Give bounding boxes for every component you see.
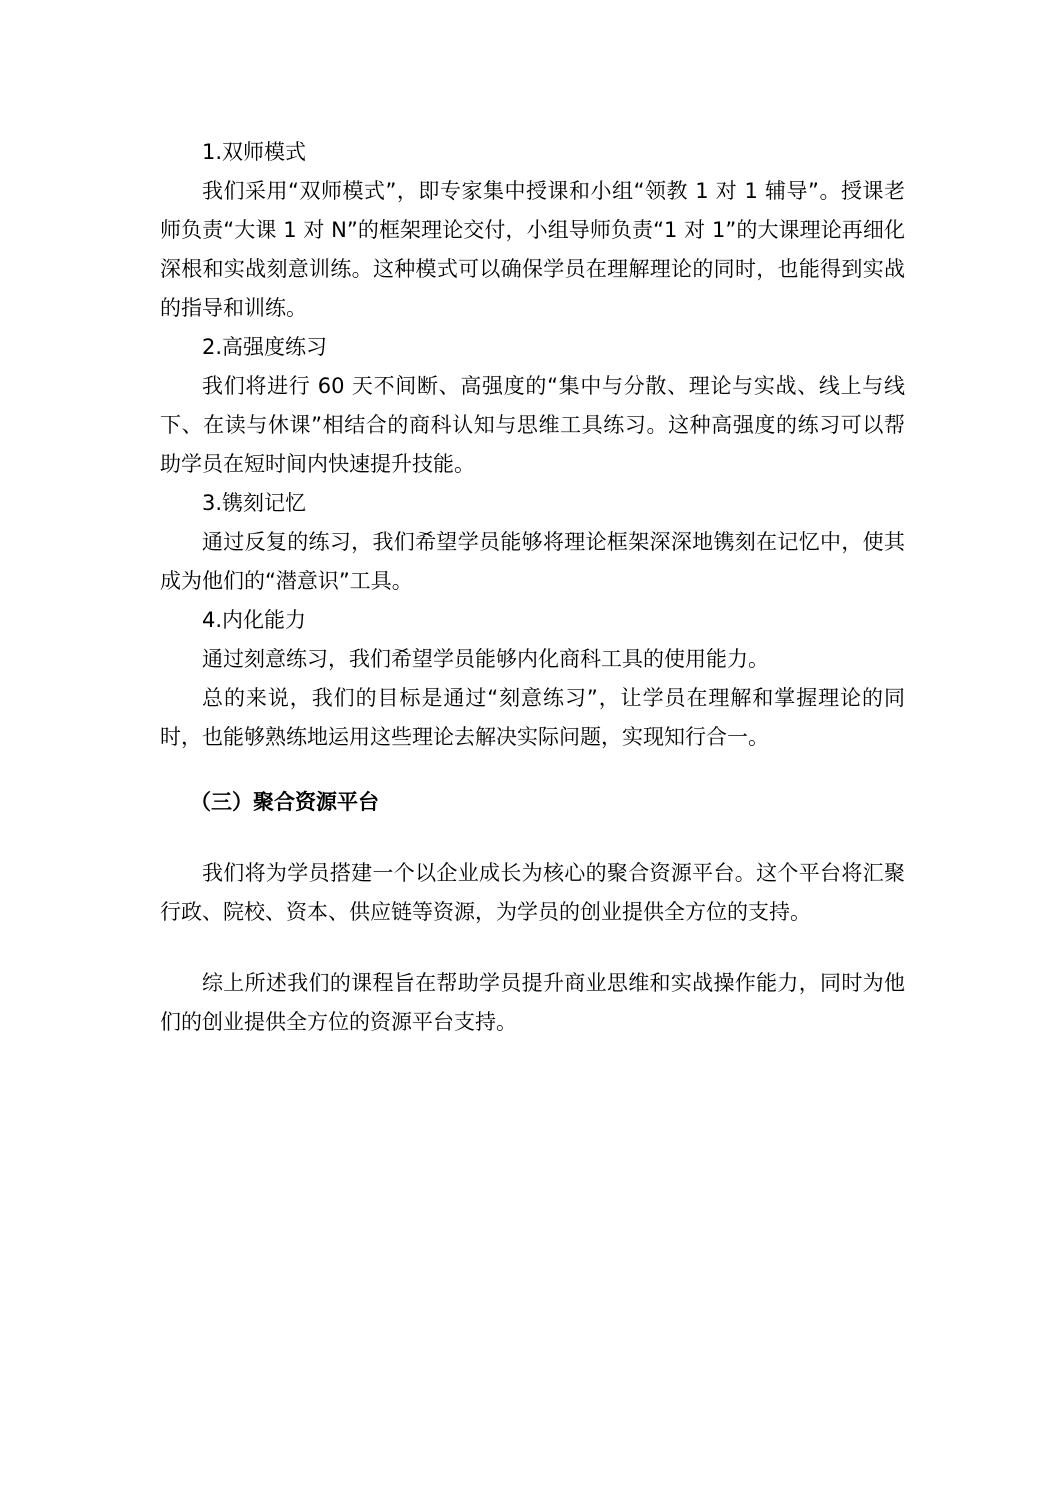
paragraph-memory: 通过反复的练习，我们希望学员能够将理论框架深深地镌刻在记忆中，使其成为他们的“潜… [160,523,905,601]
paragraph-dual-teacher: 我们采用“双师模式”，即专家集中授课和小组“领教 1 对 1 辅导”。授课老师负… [160,172,905,328]
document-page: 1.双师模式 我们采用“双师模式”，即专家集中授课和小组“领教 1 对 1 辅导… [160,133,905,1042]
paragraph-internalize: 通过刻意练习，我们希望学员能够内化商科工具的使用能力。 [160,640,905,679]
section-heading-high-intensity: 2.高强度练习 [160,328,905,367]
section-heading-internalize: 4.内化能力 [160,601,905,640]
section-heading-memory: 3.镌刻记忆 [160,484,905,523]
paragraph-summary: 总的来说，我们的目标是通过“刻意练习”，让学员在理解和掌握理论的同时，也能够熟练… [160,679,905,757]
section-heading-dual-teacher: 1.双师模式 [160,133,905,172]
subsection-title-resource-platform: （三）聚合资源平台 [160,783,905,822]
paragraph-conclusion: 综上所述我们的课程旨在帮助学员提升商业思维和实战操作能力，同时为他们的创业提供全… [160,964,905,1042]
paragraph-high-intensity: 我们将进行 60 天不间断、高强度的“集中与分散、理论与实战、线上与线下、在读与… [160,367,905,484]
paragraph-resource-platform: 我们将为学员搭建一个以企业成长为核心的聚合资源平台。这个平台将汇聚行政、院校、资… [160,854,905,932]
